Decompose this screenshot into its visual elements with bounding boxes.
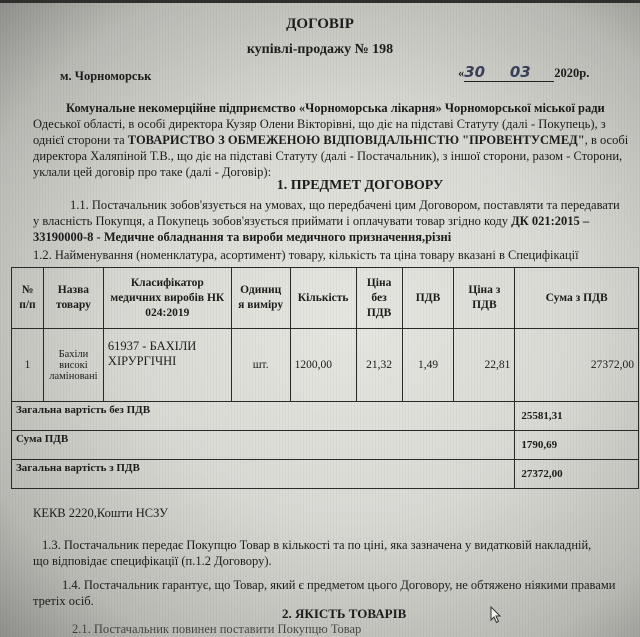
header-vat: ПДВ <box>402 268 454 329</box>
clause-1-3-line-1: 1.3. Постачальник передає Покупцю Товар … <box>42 537 591 553</box>
header-name: Назва товару <box>43 268 103 329</box>
document-title: ДОГОВІР <box>0 16 640 33</box>
cell-classifier: 61937 - БАХІЛИ ХІРУРГІЧНІ <box>103 329 231 402</box>
total-row-without-vat: Загальна вартість без ПДВ 25581,31 <box>12 402 639 431</box>
clause-1-4-line-2: третіх осіб. <box>33 593 94 609</box>
table-header-row: № п/п Назва товару Класифікатор медичних… <box>12 268 639 329</box>
dk-code: ДК 021:2015 – <box>511 214 589 228</box>
intro-line-4: директора Халяпіной Т.В., що діє на підс… <box>33 148 622 164</box>
date-year: 2020р. <box>554 66 589 80</box>
date-day-handwritten: 30 <box>464 63 485 81</box>
header-price-no-vat: Ціна без ПДВ <box>356 268 402 329</box>
cell-num: 1 <box>12 329 44 402</box>
cell-price-no-vat: 21,32 <box>356 329 402 402</box>
header-classifier: Класифікатор медичних виробів НК 024:201… <box>103 268 231 329</box>
cell-unit: шт. <box>231 329 290 402</box>
cell-vat: 1,49 <box>402 329 454 402</box>
mouse-pointer-icon <box>490 606 502 624</box>
total-label: Сума ПДВ <box>12 431 515 460</box>
clause-1-4-line-1: 1.4. Постачальник гарантує, що Товар, як… <box>62 577 615 593</box>
header-num: № п/п <box>12 268 44 329</box>
cell-price-with-vat: 22,81 <box>454 329 515 402</box>
header-price-with-vat: Ціна з ПДВ <box>454 268 515 329</box>
date-month-handwritten: 03 <box>510 63 531 81</box>
date-month-field: 03 <box>486 64 554 82</box>
date-day-field: 30 <box>464 64 486 82</box>
header-quantity: Кількість <box>290 268 356 329</box>
document-subtitle: купівлі-продажу № 198 <box>0 42 640 58</box>
clause-1-1-line-3: 33190000-8 - Медичне обладнання та вироб… <box>33 229 451 245</box>
cell-sum-with-vat: 27372,00 <box>515 329 639 402</box>
clause-1-1-line-2: у власність Покупця, а Покупець зобов'яз… <box>33 213 589 229</box>
total-value: 1790,69 <box>515 431 639 460</box>
intro-line-3: однієї сторони та ТОВАРИСТВО З ОБМЕЖЕНОЮ… <box>33 132 628 148</box>
contract-document: ДОГОВІР купівлі-продажу № 198 м. Чорномо… <box>0 0 640 637</box>
kekv-line: КЕКВ 2220,Кошти НСЗУ <box>33 505 168 521</box>
total-label: Загальна вартість з ПДВ <box>12 460 515 489</box>
table-row: 1 Бахіли високі ламіновані 61937 - БАХІЛ… <box>12 329 639 402</box>
city: м. Чорноморськ <box>60 68 151 84</box>
clause-1-1-line-1: 1.1. Постачальник зобов'язується на умов… <box>70 197 620 213</box>
supplier-company-name: ТОВАРИСТВО З ОБМЕЖЕНОЮ ВІДПОВІДАЛЬНІСТЮ … <box>128 133 585 147</box>
clause-1-1-line-2-text: у власність Покупця, а Покупець зобов'яз… <box>33 214 511 228</box>
cell-name: Бахіли високі ламіновані <box>43 329 103 402</box>
total-row-with-vat: Загальна вартість з ПДВ 27372,00 <box>12 460 639 489</box>
total-value: 27372,00 <box>515 460 639 489</box>
intro-line-3-start: однієї сторони та <box>33 133 128 147</box>
total-value: 25581,31 <box>515 402 639 431</box>
clause-2-1-partial: 2.1. Постачальник повинен поставити Поку… <box>72 621 361 637</box>
section-1-heading: 1. ПРЕДМЕТ ДОГОВОРУ <box>40 178 640 194</box>
intro-line-3-end: , в особі <box>585 133 628 147</box>
total-row-vat: Сума ПДВ 1790,69 <box>12 431 639 460</box>
header-unit: Одиниц я виміру <box>231 268 290 329</box>
cell-quantity: 1200,00 <box>290 329 356 402</box>
clause-1-2: 1.2. Найменування (номенклатура, асортим… <box>33 247 579 263</box>
header-sum-with-vat: Сума з ПДВ <box>515 268 639 329</box>
section-2-heading: 2. ЯКІСТЬ ТОВАРІВ <box>282 606 406 622</box>
contract-date: «30032020р. <box>458 64 589 82</box>
intro-line-1: Комунальне некомерційне підприємство «Чо… <box>66 100 605 116</box>
total-label: Загальна вартість без ПДВ <box>12 402 515 431</box>
specification-table: № п/п Назва товару Класифікатор медичних… <box>11 267 639 489</box>
intro-line-2: Одеської області, в особі директора Кузя… <box>33 116 606 132</box>
clause-1-3-line-2: що відповідає специфікації (п.1.2 Догово… <box>33 553 272 569</box>
